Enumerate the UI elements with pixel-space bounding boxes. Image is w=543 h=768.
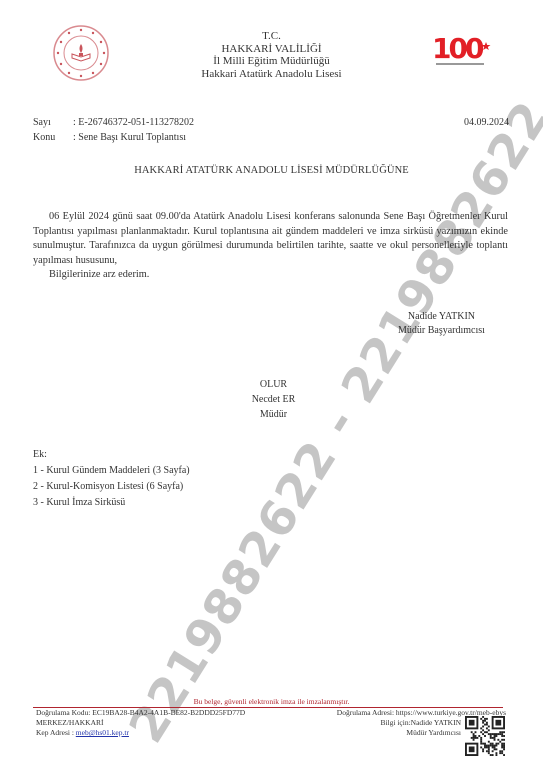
body-paragraph: 06 Eylül 2024 günü saat 09.00'da Atatürk… bbox=[33, 210, 508, 268]
approver-title: Müdür bbox=[2, 407, 543, 422]
approval-block: OLUR Necdet ER Müdür bbox=[0, 377, 543, 422]
qr-code-icon bbox=[465, 716, 505, 756]
kep-address: Kep Adresi : meb@hs01.kep.tr bbox=[36, 728, 129, 738]
document-subject: Konu: Sene Başı Kurul Toplantısı bbox=[33, 132, 186, 143]
attachment-item: 3 - Kurul İmza Sirküsü bbox=[33, 495, 190, 511]
konu-value: : Sene Başı Kurul Toplantısı bbox=[73, 132, 186, 143]
signer-name: Nadide YATKIN bbox=[398, 310, 485, 324]
centennial-100-logo: 100 bbox=[430, 30, 492, 70]
approver-name: Necdet ER bbox=[2, 392, 543, 407]
verification-code: Doğrulama Kodu: EC19BA28-B4A2-4A1B-BE82-… bbox=[36, 708, 245, 718]
info-line-2: Müdür Yardımcısı bbox=[380, 728, 461, 738]
letter-body: 06 Eylül 2024 günü saat 09.00'da Atatürk… bbox=[33, 210, 508, 283]
signer-title: Müdür Başyardımcısı bbox=[398, 324, 485, 338]
kep-label: Kep Adresi : bbox=[36, 728, 76, 737]
sayi-value: : E-26746372-051-113278202 bbox=[73, 117, 194, 128]
attachment-item: 2 - Kurul-Komisyon Listesi (6 Sayfa) bbox=[33, 479, 190, 495]
signature-block: Nadide YATKIN Müdür Başyardımcısı bbox=[398, 310, 485, 338]
svg-text:100: 100 bbox=[432, 32, 484, 65]
info-contact: Bilgi için:Nadide YATKIN Müdür Yardımcıs… bbox=[380, 718, 461, 738]
location: MERKEZ/HAKKARİ bbox=[36, 718, 104, 728]
body-closing: Bilgilerinize arz ederim. bbox=[33, 268, 508, 283]
document-date: 04.09.2024 bbox=[464, 117, 509, 128]
document-number: Sayı: E-26746372-051-113278202 bbox=[33, 117, 194, 128]
attachments-list: Ek: 1 - Kurul Gündem Maddeleri (3 Sayfa)… bbox=[33, 447, 190, 511]
info-line-1: Bilgi için:Nadide YATKIN bbox=[380, 718, 461, 728]
addressee: HAKKARİ ATATÜRK ANADOLU LİSESİ MÜDÜRLÜĞÜ… bbox=[0, 165, 543, 176]
attachments-label: Ek: bbox=[33, 447, 190, 463]
approval-label: OLUR bbox=[2, 377, 543, 392]
attachment-item: 1 - Kurul Gündem Maddeleri (3 Sayfa) bbox=[33, 463, 190, 479]
konu-label: Konu bbox=[33, 132, 73, 143]
sayi-label: Sayı bbox=[33, 117, 73, 128]
e-signature-notice: Bu belge, güvenli elektronik imza ile im… bbox=[0, 697, 543, 707]
kep-address-link[interactable]: meb@hs01.kep.tr bbox=[76, 728, 129, 737]
